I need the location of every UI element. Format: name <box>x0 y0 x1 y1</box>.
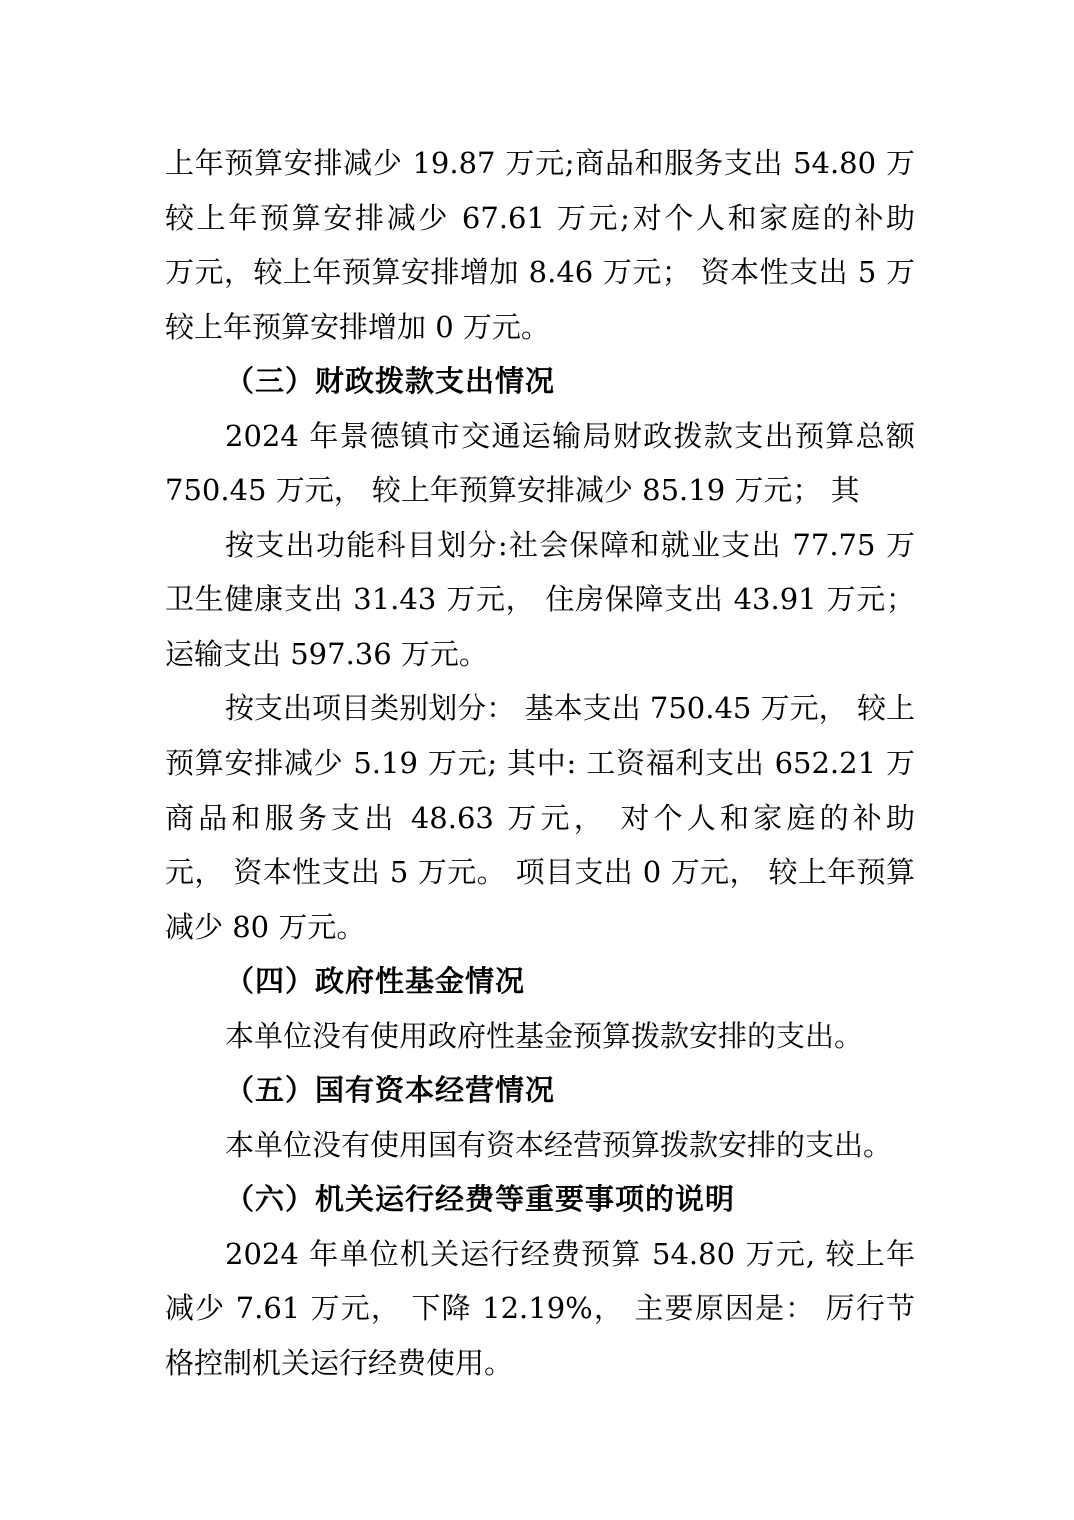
text-line: 运输支出 597.36 万元。 <box>165 627 915 682</box>
text-line: 格控制机关运行经费使用。 <box>165 1336 915 1391</box>
text-line: 商品和服务支出 48.63 万元， 对个人和家庭的补助 44.61 万 <box>165 791 915 846</box>
text-line: 750.45 万元， 较上年预算安排减少 85.19 万元； 其中： <box>165 463 915 518</box>
text-line: 减少 7.61 万元， 下降 12.19%， 主要原因是： 厉行节约，严 <box>165 1281 915 1336</box>
document-text-block: 上年预算安排减少 19.87 万元;商品和服务支出 54.80 万元，较上年预算… <box>165 136 915 1391</box>
section-heading: （五）国有资本经营情况 <box>165 1063 915 1118</box>
text-line: 减少 80 万元。 <box>165 900 915 955</box>
text-line: 2024 年景德镇市交通运输局财政拨款支出预算总额 <box>165 409 915 464</box>
section-heading: （六）机关运行经费等重要事项的说明 <box>165 1172 915 1227</box>
text-line: 预算安排减少 5.19 万元; 其中: 工资福利支出 652.21 万元， <box>165 736 915 791</box>
text-line: 上年预算安排减少 19.87 万元;商品和服务支出 54.80 万元， <box>165 136 915 191</box>
text-line: 按支出功能科目划分:社会保障和就业支出 77.75 万元， <box>165 518 915 573</box>
text-line: 本单位没有使用国有资本经营预算拨款安排的支出。 <box>165 1118 915 1173</box>
text-line: 卫生健康支出 31.43 万元， 住房保障支出 43.91 万元； 交通 <box>165 572 915 627</box>
text-line: 元， 资本性支出 5 万元。 项目支出 0 万元， 较上年预算安排 <box>165 845 915 900</box>
text-line: 按支出项目类别划分： 基本支出 750.45 万元， 较上年 <box>165 681 915 736</box>
section-heading: （四）政府性基金情况 <box>165 954 915 1009</box>
text-line: 本单位没有使用政府性基金预算拨款安排的支出。 <box>165 1009 915 1064</box>
text-line: 万元，较上年预算安排增加 8.46 万元； 资本性支出 5 万元， <box>165 245 915 300</box>
document-page: 上年预算安排减少 19.87 万元;商品和服务支出 54.80 万元，较上年预算… <box>0 0 1074 1520</box>
text-line: 较上年预算安排减少 67.61 万元;对个人和家庭的补助 44.61 <box>165 191 915 246</box>
text-line: 较上年预算安排增加 0 万元。 <box>165 300 915 355</box>
text-line: 2024 年单位机关运行经费预算 54.80 万元, 较上年预算 <box>165 1227 915 1282</box>
section-heading: （三）财政拨款支出情况 <box>165 354 915 409</box>
